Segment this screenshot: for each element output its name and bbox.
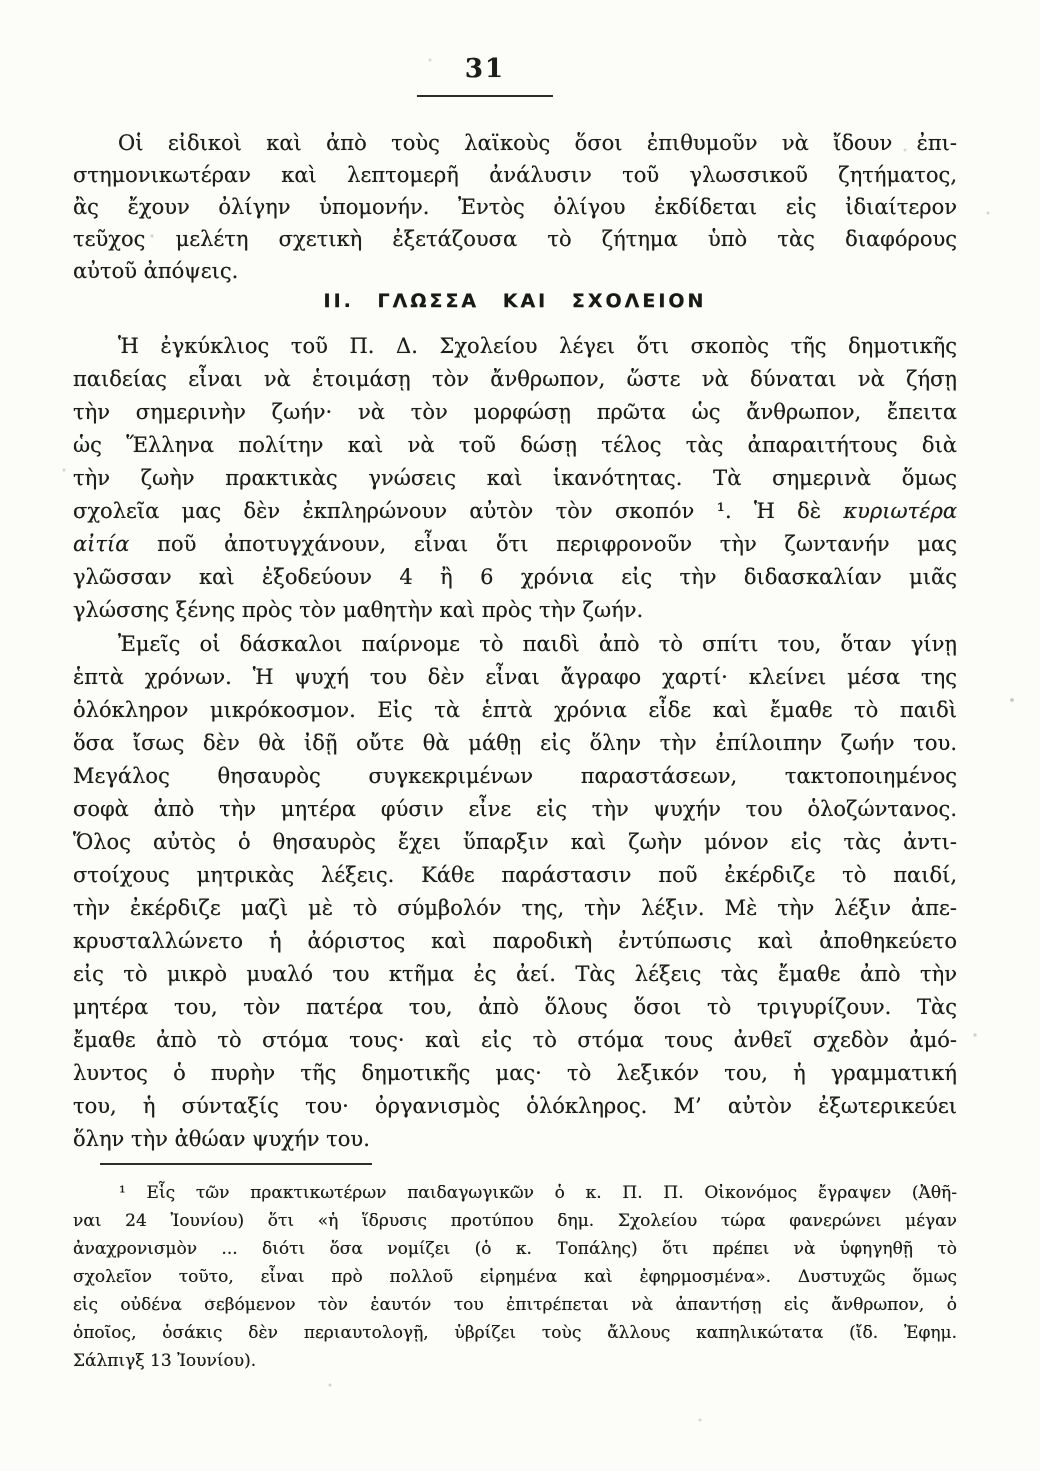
text-line: ἑπτὰ χρόνων. Ἡ ψυχή του δὲν εἶναι ἄγραφο… [73, 661, 957, 694]
text-line: τὴν ζωὴν πρακτικὰς γνώσεις καὶ ἱκανότητα… [73, 462, 957, 495]
text-line: στοίχους μητρικὰς λέξεις. Κάθε παράστασι… [73, 859, 957, 892]
text-line: εἰς τὸ μικρὸ μυαλό του κτῆμα ἐς ἀεί. Τὰς… [73, 958, 957, 991]
text-line: στημονικωτέραν καὶ λεπτομερῆ ἀνάλυσιν το… [73, 159, 957, 191]
text-line: τὴν σημερινὴν ζωήν· νὰ τὸν μορφώσῃ πρῶτα… [73, 396, 957, 429]
footnote-line: σχολεῖον τοῦτο, εἶναι πρὸ πολλοῦ εἰρημέν… [73, 1263, 957, 1291]
text-line: του, ἡ σύνταξίς του· ὀργανισμὸς ὁλόκληρο… [73, 1090, 957, 1123]
text-line: γλώσσης ξένης πρὸς τὸν μαθητὴν καὶ πρὸς … [73, 594, 957, 627]
footnote-line: ¹ Εἷς τῶν πρακτικωτέρων παιδαγωγικῶν ὁ κ… [73, 1179, 957, 1207]
text-line: Ὅλος αὐτὸς ὁ θησαυρὸς ἔχει ὕπαρξιν καὶ ζ… [73, 826, 957, 859]
footnote-line: εἰς οὐδένα σεβόμενον τὸν ἑαυτόν του ἐπιτ… [73, 1291, 957, 1319]
text-line: τεῦχος μελέτη σχετικὴ ἐξετάζουσα τὸ ζήτη… [73, 223, 957, 255]
text-line: σχολεῖα μας δὲν ἐκπληρώνουν αὐτὸν τὸν σκ… [73, 495, 957, 528]
text-line: αἰτία ποῦ ἀποτυγχάνουν, εἶναι ὅτι περιφρ… [73, 528, 957, 561]
text-line: ὅσα ἴσως δὲν θὰ ἰδῇ οὔτε θὰ μάθῃ εἰς ὅλη… [73, 727, 957, 760]
text-line: παιδείας εἶναι νὰ ἑτοιμάσῃ τὸν ἄνθρωπον,… [73, 363, 957, 396]
body-paragraph-3: Ἐμεῖς οἱ δάσκαλοι παίρνομε τὸ παιδὶ ἀπὸ … [73, 628, 957, 1156]
text-line: Μεγάλος θησαυρὸς συγκεκριμένων παραστάσε… [73, 760, 957, 793]
text-line: γλῶσσαν καὶ ἐξοδεύουν 4 ἢ 6 χρόνια εἰς τ… [73, 561, 957, 594]
text-line: ἂς ἔχουν ὀλίγην ὑπομονήν. Ἐντὸς ὀλίγου ἐ… [73, 191, 957, 223]
text-line: ὡς Ἕλληνα πολίτην καὶ νὰ τοῦ δώσῃ τέλος … [73, 429, 957, 462]
section-heading: ΙΙ. ΓΛΩΣΣΑ ΚΑΙ ΣΧΟΛΕΙΟΝ [73, 290, 957, 312]
text-line: μητέρα του, τὸν πατέρα του, ἀπὸ ὅλους ὅσ… [73, 991, 957, 1024]
footnote-line: ὁποῖος, ὁσάκις δὲν περιαυτολογῇ, ὑβρίζει… [73, 1319, 957, 1347]
footnote-separator [100, 1163, 372, 1165]
footnote: ¹ Εἷς τῶν πρακτικωτέρων παιδαγωγικῶν ὁ κ… [73, 1179, 957, 1375]
text-line: κρυσταλλώνετο ἡ ἀόριστος καὶ παροδικὴ ἐν… [73, 925, 957, 958]
text-line: σοφὰ ἀπὸ τὴν μητέρα φύσιν εἶνε εἰς τὴν ψ… [73, 793, 957, 826]
text-line: αὐτοῦ ἀπόψεις. [73, 255, 957, 287]
page-number: 31 [417, 54, 553, 84]
text-line: ὁλόκληρον μικρόκοσμον. Εἰς τὰ ἑπτὰ χρόνι… [73, 694, 957, 727]
text-line: λυντος ὁ πυρὴν τῆς δημοτικῆς μας· τὸ λεξ… [73, 1057, 957, 1090]
footnote-line: ναι 24 Ἰουνίου) ὅτι «ἡ ἵδρυσις προτύπου … [73, 1207, 957, 1235]
text-line: Ἡ ἐγκύκλιος τοῦ Π. Δ. Σχολείου λέγει ὅτι… [73, 330, 957, 363]
footnote-line: ἀναχρονισμὸν ... διότι ὅσα νομίζει (ὁ κ.… [73, 1235, 957, 1263]
footnote-line: Σάλπιγξ 13 Ἰουνίου). [73, 1347, 957, 1375]
emphasis-text: κυριωτέρα [843, 499, 957, 523]
text-run: ποῦ ἀποτυγχάνουν, εἶναι ὅτι περιφρονοῦν … [129, 532, 957, 556]
text-line: ὅλην τὴν ἀθώαν ψυχήν του. [73, 1123, 957, 1156]
body-paragraph-1: Οἱ εἰδικοὶ καὶ ἀπὸ τοὺς λαϊκοὺς ὅσοι ἐπι… [73, 127, 957, 287]
page-number-underline [417, 95, 553, 97]
text-line: τὴν ἐκέρδιζε μαζὶ μὲ τὸ σύμβολόν της, τὴ… [73, 892, 957, 925]
text-run: σχολεῖα μας δὲν ἐκπληρώνουν αὐτὸν τὸν σκ… [73, 499, 843, 523]
emphasis-text: αἰτία [73, 532, 129, 556]
text-line: Οἱ εἰδικοὶ καὶ ἀπὸ τοὺς λαϊκοὺς ὅσοι ἐπι… [73, 127, 957, 159]
text-line: ἔμαθε ἀπὸ τὸ στόμα τους· καὶ εἰς τὸ στόμ… [73, 1024, 957, 1057]
text-line: Ἐμεῖς οἱ δάσκαλοι παίρνομε τὸ παιδὶ ἀπὸ … [73, 628, 957, 661]
scanned-book-page: 31 Οἱ εἰδικοὶ καὶ ἀπὸ τοὺς λαϊκοὺς ὅσοι … [0, 0, 1040, 1471]
body-paragraph-2: Ἡ ἐγκύκλιος τοῦ Π. Δ. Σχολείου λέγει ὅτι… [73, 330, 957, 627]
